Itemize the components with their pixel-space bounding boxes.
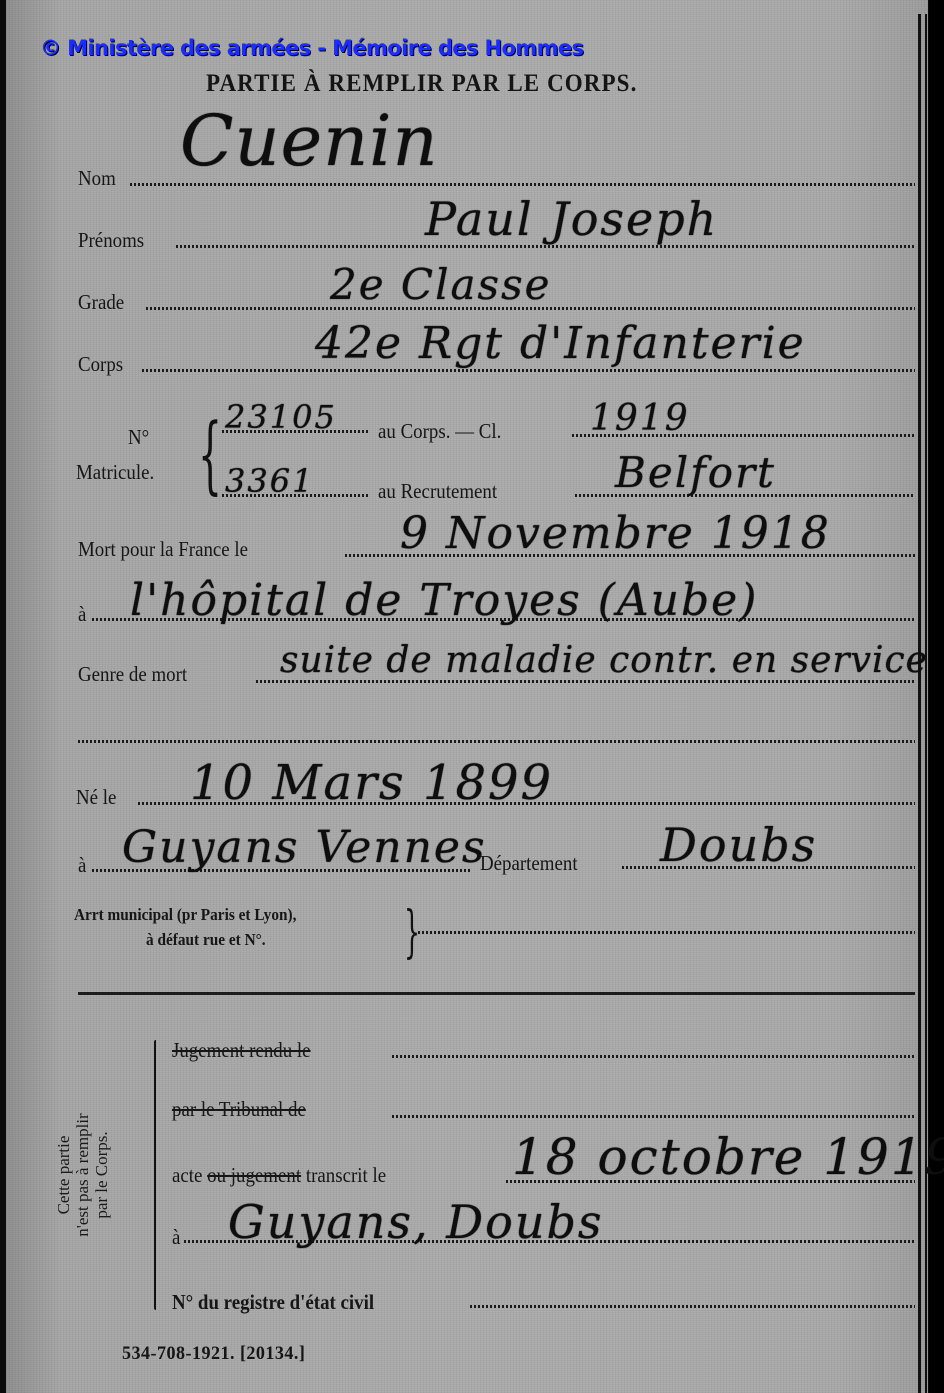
prenoms-label: Prénoms xyxy=(78,228,144,253)
au-recrutement-label: au Recrutement xyxy=(378,479,497,504)
classe-value: 1919 xyxy=(590,398,690,439)
side-note-line-1: Cette partie xyxy=(54,1060,73,1290)
jugement-lieu-value: Guyans, Doubs xyxy=(228,1195,604,1249)
side-note-not-for-corps: Cette partie n'est pas à remplir par le … xyxy=(54,1060,111,1290)
naissance-value: 10 Mars 1899 xyxy=(190,755,553,811)
arrondissement-label-line2: à défaut rue et N°. xyxy=(146,930,266,950)
jugement-lieu-label: à xyxy=(172,1225,180,1250)
lieu-naissance-value: Guyans Vennes xyxy=(122,822,487,873)
genre-mort-continuation-line xyxy=(78,740,915,743)
genre-mort-value: suite de maladie contr. en service xyxy=(280,640,928,681)
nom-label: Nom xyxy=(78,166,116,191)
transcrit-date-value: 18 octobre 1919 xyxy=(512,1128,944,1186)
acte-label: acte ou jugement transcrit le xyxy=(172,1163,386,1188)
jugement-rendu-dotted-line xyxy=(392,1055,915,1058)
au-corps-label: au Corps. — Cl. xyxy=(378,419,501,444)
acte-prefix: acte xyxy=(172,1163,202,1187)
grade-value: 2e Classe xyxy=(330,260,552,309)
corps-label: Corps xyxy=(78,352,123,377)
corps-value: 42e Rgt d'Infanterie xyxy=(315,318,806,369)
genre-mort-label: Genre de mort xyxy=(78,662,187,687)
copyright-watermark: © Ministère des armées - Mémoire des Hom… xyxy=(40,36,583,60)
corps-dotted-line xyxy=(142,369,915,372)
mort-value: 9 Novembre 1918 xyxy=(400,508,831,559)
border-rule-inner xyxy=(925,14,927,1393)
registre-dotted-line xyxy=(470,1305,915,1308)
matricule-brace: { xyxy=(198,405,222,503)
lieu-mort-label: à xyxy=(78,602,86,627)
nom-value: Cuenin xyxy=(180,100,439,182)
naissance-label: Né le xyxy=(76,785,116,810)
arrondissement-dotted-line xyxy=(418,931,915,934)
acte-struck-text: ou jugement xyxy=(207,1163,301,1187)
print-reference: 534-708-1921. [20134.] xyxy=(122,1343,305,1365)
form-heading: PARTIE À REMPLIR PAR LE CORPS. xyxy=(206,70,637,98)
departement-value: Doubs xyxy=(660,818,817,872)
recrutement-place-value: Belfort xyxy=(615,448,776,497)
tribunal-label: par le Tribunal de xyxy=(172,1097,306,1122)
departement-label: Département xyxy=(480,851,578,876)
grade-label: Grade xyxy=(78,290,124,315)
lieu-mort-value: l'hôpital de Troyes (Aube) xyxy=(130,575,758,626)
jugement-rendu-label: Jugement rendu le xyxy=(172,1038,311,1063)
mort-label: Mort pour la France le xyxy=(78,537,248,562)
border-rule-outer xyxy=(918,14,921,1393)
arrondissement-label-line1: Arrt municipal (pr Paris et Lyon), xyxy=(74,905,296,925)
side-note-line-2: n'est pas à remplir xyxy=(73,1060,92,1290)
matricule-label: Matricule. xyxy=(76,460,154,485)
section-divider xyxy=(78,992,915,995)
corps-number-dotted-line xyxy=(222,430,370,433)
acte-suffix: transcrit le xyxy=(306,1163,386,1187)
recrutement-number-dotted-line xyxy=(222,494,370,497)
nom-dotted-line xyxy=(130,183,915,186)
registre-label: N° du registre d'état civil xyxy=(172,1290,374,1315)
matricule-no-label: N° xyxy=(128,425,149,450)
jugement-bracket xyxy=(154,1040,156,1310)
prenoms-value: Paul Joseph xyxy=(425,192,718,246)
tribunal-dotted-line xyxy=(392,1115,915,1118)
side-note-line-3: par le Corps. xyxy=(92,1060,111,1290)
lieu-naissance-label: à xyxy=(78,853,86,878)
